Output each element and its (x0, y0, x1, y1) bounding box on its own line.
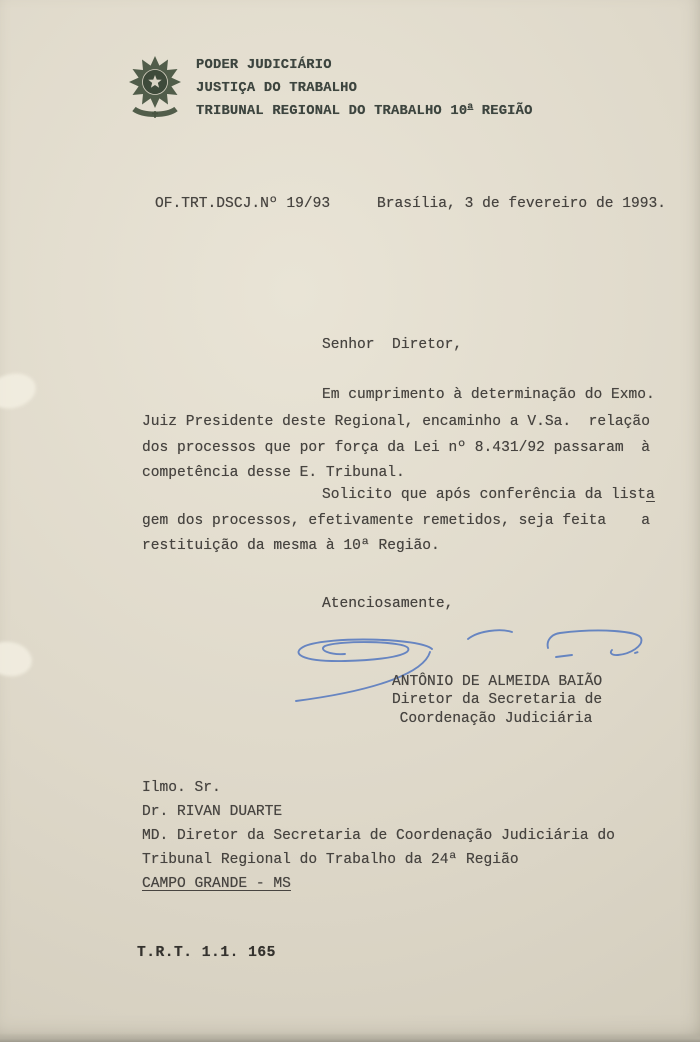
signatory-title-2: Coordenação Judiciária (392, 710, 600, 728)
reference-number: OF.TRT.DSCJ.Nº 19/93 (155, 196, 330, 213)
signatory-title-1: Diretor da Secretaria de (392, 691, 600, 709)
body-line: Solicito que após conferência da lista (322, 487, 655, 504)
paper-speck (0, 369, 39, 414)
addressee-honorific: Ilmo. Sr. (142, 780, 221, 797)
body-line: Em cumprimento à determinação do Exmo. (322, 387, 655, 404)
signatory-block: ANTÔNIO DE ALMEIDA BAIÃO Diretor da Secr… (392, 673, 600, 728)
body-line: dos processos que por força da Lei nº 8.… (142, 440, 650, 457)
body-line: Juiz Presidente deste Regional, encaminh… (142, 414, 650, 431)
hyphen-carry-underlined: a (646, 487, 655, 503)
signatory-name: ANTÔNIO DE ALMEIDA BAIÃO (392, 673, 600, 691)
letterhead-line-3: TRIBUNAL REGIONAL DO TRABALHO 10a REGIÃO (196, 104, 533, 120)
body-line: competência desse E. Tribunal. (142, 465, 405, 482)
letterhead-line-2: JUSTIÇA DO TRABALHO (196, 81, 357, 97)
dateline: Brasília, 3 de fevereiro de 1993. (377, 196, 666, 213)
scan-bottom-edge (0, 1033, 700, 1042)
letterhead-line-3-text: TRIBUNAL REGIONAL DO TRABALHO 10 (196, 104, 467, 119)
body-line: restituição da mesma à 10ª Região. (142, 538, 440, 555)
scanned-letter-page: PODER JUDICIÁRIO JUSTIÇA DO TRABALHO TRI… (0, 0, 700, 1042)
body-line-text: Solicito que após conferência da list (322, 487, 646, 503)
archive-code: T.R.T. 1.1. 165 (137, 945, 276, 962)
valediction: Atenciosamente, (322, 596, 453, 613)
addressee-name: Dr. RIVAN DUARTE (142, 804, 282, 821)
addressee-title: MD. Diretor da Secretaria de Coordenação… (142, 828, 615, 845)
salutation: Senhor Diretor, (322, 337, 462, 354)
body-line: gem dos processos, efetivamente remetido… (142, 513, 650, 530)
letterhead-line-1: PODER JUDICIÁRIO (196, 58, 332, 74)
addressee-org: Tribunal Regional do Trabalho da 24ª Reg… (142, 852, 519, 869)
paper-speck (0, 638, 35, 679)
addressee-city: CAMPO GRANDE - MS (142, 876, 291, 893)
letterhead-line-3-suffix: REGIÃO (473, 104, 532, 119)
brazil-coat-of-arms-icon (127, 52, 183, 126)
